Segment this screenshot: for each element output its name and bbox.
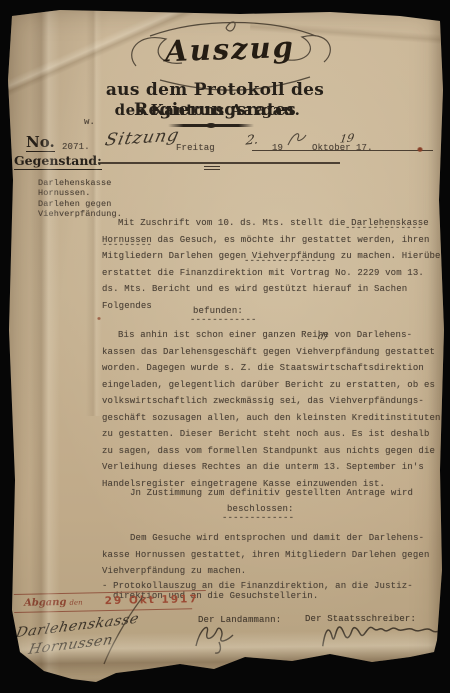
handwritten-check-slash bbox=[100, 596, 146, 668]
handwritten-flourish bbox=[286, 130, 308, 148]
form-rule-main bbox=[98, 162, 340, 164]
form-year-handwritten: 19 bbox=[339, 131, 355, 145]
subject-line: Darlehen gegen bbox=[38, 199, 148, 209]
body-line: worden. Dagegen wurde s. Z. die Staatswi… bbox=[102, 360, 442, 377]
body-line: Verleihung dieses Rechtes an die unterm … bbox=[102, 459, 442, 476]
landammann-signature bbox=[188, 622, 248, 658]
body-line: Viehverpfändung zu machen. bbox=[102, 563, 442, 580]
body-line: volkswirtschaftlich zweckmässig sei, das… bbox=[102, 393, 442, 410]
form-day-handwritten: 2. bbox=[245, 132, 260, 148]
body-line: kasse Hornussen gestattet, ihren Mitglie… bbox=[102, 547, 442, 564]
subject-line: Darlehenskasse bbox=[38, 178, 148, 188]
body-line: Bis anhin ist schon einer ganzen Reihe v… bbox=[102, 327, 442, 344]
subject-line: Hornussen. bbox=[38, 188, 148, 198]
corner-mark: w. bbox=[84, 117, 95, 127]
form-no-value: 2071. bbox=[62, 142, 90, 152]
document-paper: Auszug aus dem Protokoll des Regierungsr… bbox=[0, 0, 450, 693]
body-line: erstattet die Finanzdirektion mit Vortra… bbox=[102, 265, 442, 282]
typed-underline-dashes: -------------- bbox=[345, 223, 423, 233]
form-rule-tick bbox=[204, 166, 220, 170]
subject-label: Gegenstand: bbox=[14, 153, 102, 170]
body-line: Hornussen das Gesuch, es möchte ihr gest… bbox=[102, 232, 442, 249]
typed-underline-dashes: --------------- bbox=[244, 256, 327, 266]
stamp-label: Abgang bbox=[24, 597, 67, 609]
body-paragraph-2: Bis anhin ist schon einer ganzen Reihe v… bbox=[102, 327, 442, 492]
body-line: ds. Mts. Bericht und es wird gestützt hi… bbox=[102, 281, 442, 298]
typed-underline-dashes: ------------ bbox=[190, 315, 257, 325]
typed-underline-dashes: ------------- bbox=[222, 513, 294, 523]
ink-stain bbox=[97, 317, 101, 320]
form-year-typed: 17. bbox=[356, 143, 373, 153]
body-line: Dem Gesuche wird entsprochen und damit d… bbox=[102, 530, 442, 547]
staatsschreiber-signature bbox=[317, 612, 449, 657]
form-rule-date bbox=[252, 150, 433, 151]
body-line: kassen das Darlehensgeschäft gegen Viehv… bbox=[102, 344, 442, 361]
body-line: geschäft sozusagen allen, auch den klein… bbox=[102, 410, 442, 427]
body-line: Folgendes bbox=[102, 298, 442, 315]
body-transition-line: Jn Zustimmung zum definitiv gestellten A… bbox=[130, 488, 413, 498]
body-line: zu gestatten. Dieser Bericht steht noch … bbox=[102, 426, 442, 443]
form-year-printed: 19 bbox=[272, 143, 283, 153]
typed-underline-dashes: --------- bbox=[102, 240, 152, 250]
session-word-handwritten: Sitzung bbox=[103, 125, 181, 150]
document-title: Auszug bbox=[149, 29, 310, 69]
distribution-line: - Protokollauszug an die Finanzdirektion… bbox=[102, 581, 442, 591]
form-no-label: No. bbox=[26, 133, 55, 152]
body-line: zu sagen, dass vom formellen Standpunkt … bbox=[102, 443, 442, 460]
stamp-den-word: den bbox=[69, 599, 82, 607]
subject-margin-block: Darlehenskasse Hornussen. Darlehen gegen… bbox=[38, 178, 148, 219]
form-weekday: Freitag bbox=[176, 143, 215, 153]
body-line: eingeladen, gelegentlich darüber Bericht… bbox=[102, 377, 442, 394]
body-paragraph-3: Dem Gesuche wird entsprochen und damit d… bbox=[102, 530, 442, 580]
